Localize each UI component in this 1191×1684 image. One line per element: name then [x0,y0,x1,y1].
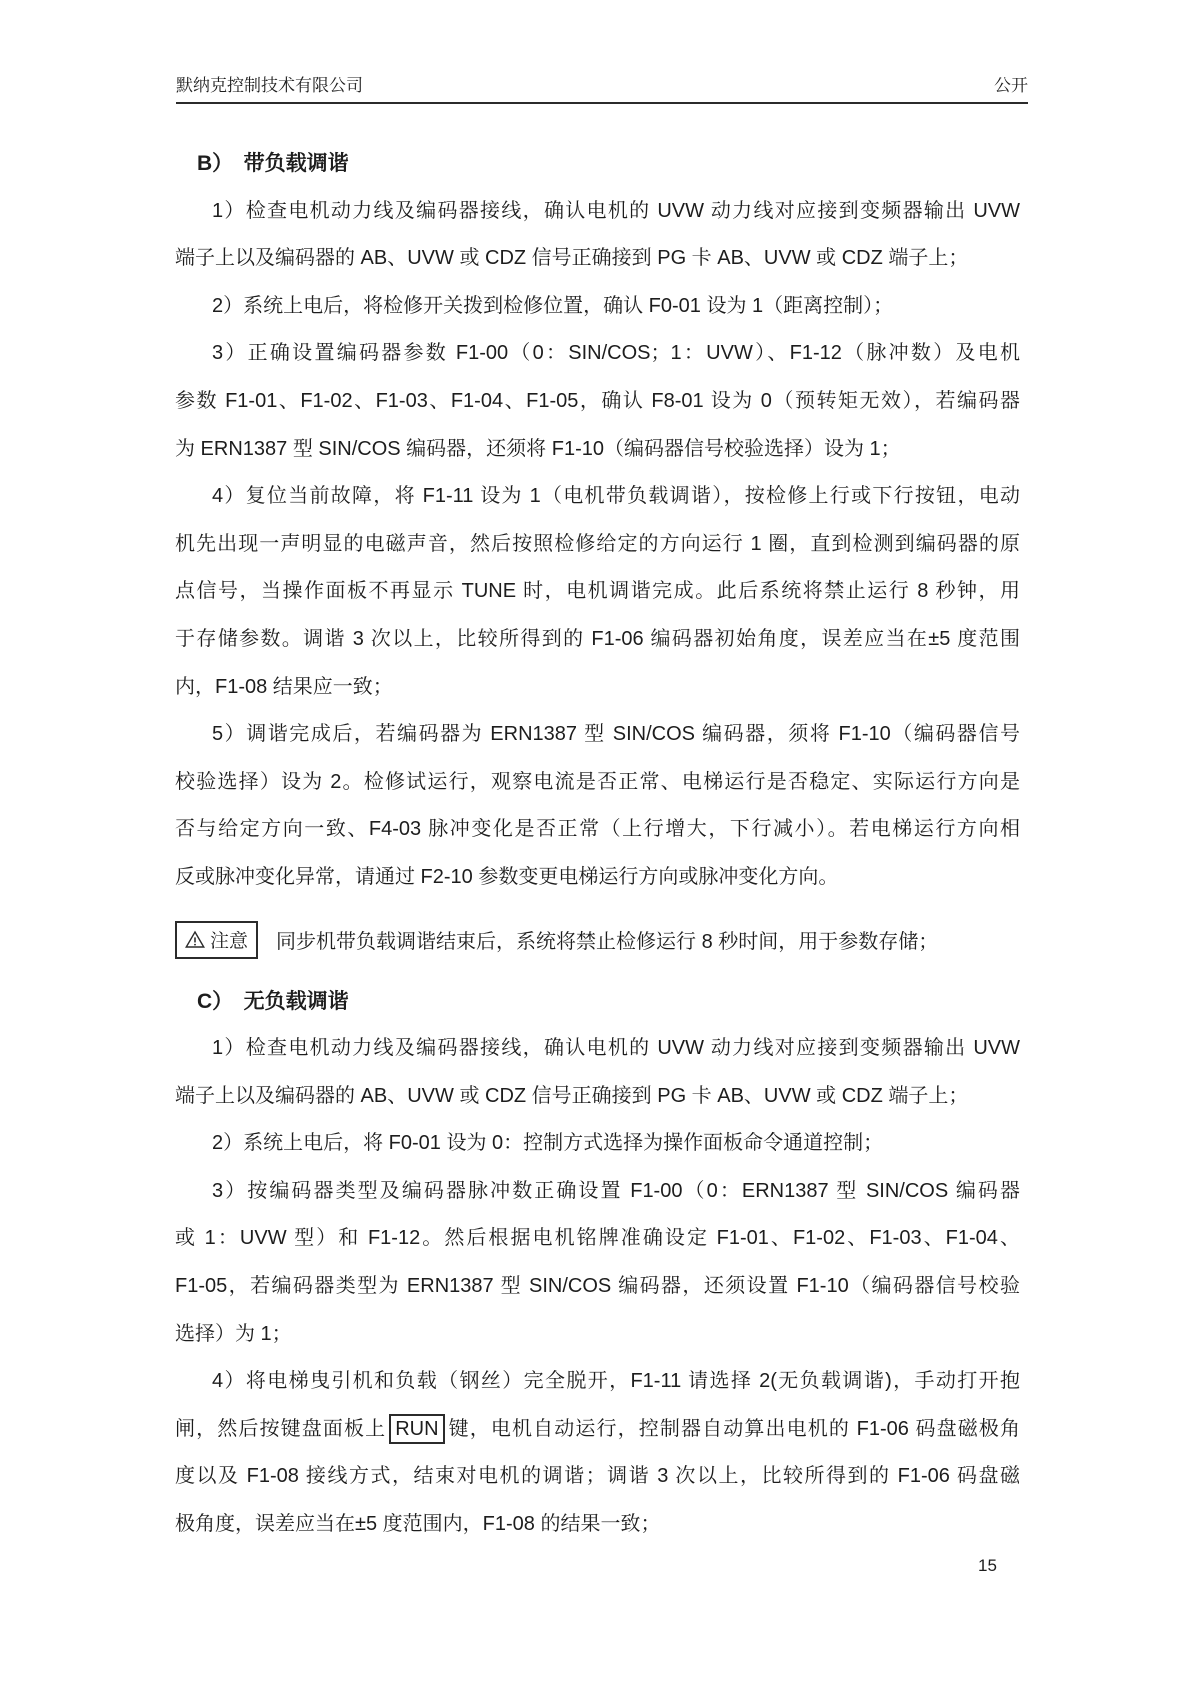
text-line: 于存储参数。调谐 3 次以上，比较所得到的 F1-06 编码器初始角度，误差应当… [175,616,1020,664]
text-line: 点信号，当操作面板不再显示 TUNE 时，电机调谐完成。此后系统将禁止运行 8 … [175,568,1020,616]
text-line: 或 1：UVW 型）和 F1-12。然后根据电机铭牌准确设定 F1-01、F1-… [175,1215,1020,1263]
section-heading: B） 带负载调谐 [175,140,1020,188]
page-header: 默纳克控制技术有限公司 公开 [176,72,1028,104]
notice-row: 注意同步机带负载调谐结束后，系统将禁止检修运行 8 秒时间，用于参数存储； [175,902,1020,978]
text-line: 端子上以及编码器的 AB、UVW 或 CDZ 信号正确接到 PG 卡 AB、UV… [175,235,1020,283]
text-line: 2）系统上电后，将检修开关拨到检修位置，确认 F0-01 设为 1（距离控制）； [175,283,1020,331]
text-line: 机先出现一声明显的电磁声音，然后按照检修给定的方向运行 1 圈，直到检测到编码器… [175,521,1020,569]
text-line: 校验选择）设为 2。检修试运行，观察电流是否正常、电梯运行是否稳定、实际运行方向… [175,759,1020,807]
text-line: 闸，然后按键盘面板上RUN键，电机自动运行，控制器自动算出电机的 F1-06 码… [175,1406,1020,1454]
text-line: 参数 F1-01、F1-02、F1-03、F1-04、F1-05，确认 F8-0… [175,378,1020,426]
document-body: B） 带负载调谐1）检查电机动力线及编码器接线，确认电机的 UVW 动力线对应接… [175,140,1020,1549]
text-line: 否与给定方向一致、F4-03 脉冲变化是否正常（上行增大，下行减小）。若电梯运行… [175,806,1020,854]
section-heading: C） 无负载调谐 [175,978,1020,1026]
notice-badge: 注意 [175,921,258,959]
text-line: 2）系统上电后，将 F0-01 设为 0：控制方式选择为操作面板命令通道控制； [175,1120,1020,1168]
run-key-label: RUN [389,1414,444,1444]
warning-triangle-icon [185,930,205,949]
text-line: 1）检查电机动力线及编码器接线，确认电机的 UVW 动力线对应接到变频器输出 U… [175,188,1020,236]
text-line: 3）正确设置编码器参数 F1-00（0：SIN/COS；1：UVW）、F1-12… [175,330,1020,378]
text-line: 3）按编码器类型及编码器脉冲数正确设置 F1-00（0：ERN1387 型 SI… [175,1168,1020,1216]
header-company: 默纳克控制技术有限公司 [176,71,363,96]
text-line: 为 ERN1387 型 SIN/COS 编码器，还须将 F1-10（编码器信号校… [175,426,1020,474]
text-line: 度以及 F1-08 接线方式，结束对电机的调谐；调谐 3 次以上，比较所得到的 … [175,1453,1020,1501]
notice-badge-label: 注意 [210,926,248,953]
warning-icon [185,930,205,949]
text-line: 内，F1-08 结果应一致； [175,664,1020,712]
text-line: 端子上以及编码器的 AB、UVW 或 CDZ 信号正确接到 PG 卡 AB、UV… [175,1073,1020,1121]
text-line: 4）将电梯曳引机和负载（钢丝）完全脱开，F1-11 请选择 2(无负载调谐)，手… [175,1358,1020,1406]
page-number: 15 [978,1556,997,1576]
text-line: 1）检查电机动力线及编码器接线，确认电机的 UVW 动力线对应接到变频器输出 U… [175,1025,1020,1073]
text-line: 反或脉冲变化异常，请通过 F2-10 参数变更电梯运行方向或脉冲变化方向。 [175,854,1020,902]
text-line: 极角度，误差应当在±5 度范围内，F1-08 的结果一致； [175,1501,1020,1549]
text-line: 4）复位当前故障，将 F1-11 设为 1（电机带负载调谐），按检修上行或下行按… [175,473,1020,521]
text-line: 5）调谐完成后，若编码器为 ERN1387 型 SIN/COS 编码器，须将 F… [175,711,1020,759]
header-classification: 公开 [994,71,1028,96]
notice-text: 同步机带负载调谐结束后，系统将禁止检修运行 8 秒时间，用于参数存储； [276,925,938,954]
text-line: 选择）为 1； [175,1311,1020,1359]
text-line: F1-05，若编码器类型为 ERN1387 型 SIN/COS 编码器，还须设置… [175,1263,1020,1311]
